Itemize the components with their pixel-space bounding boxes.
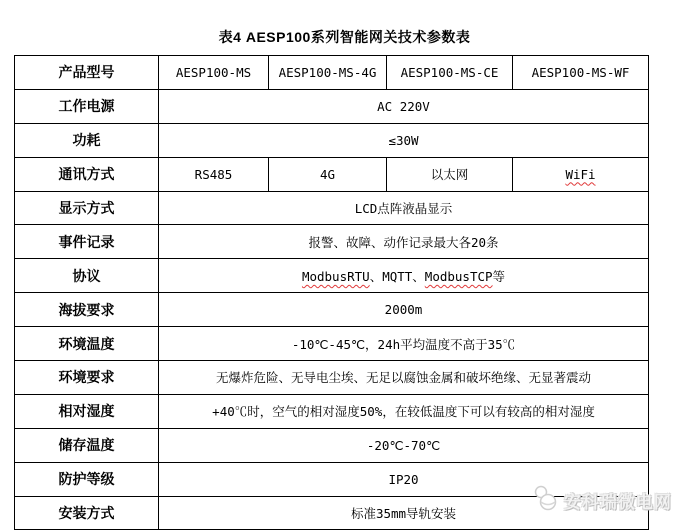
cell-comm-rs485: RS485	[159, 157, 269, 191]
row-label: 事件记录	[15, 225, 159, 259]
page-title: 表4 AESP100系列智能网关技术参数表	[0, 27, 689, 47]
table-row-power-supply: 工作电源 AC 220V	[15, 89, 649, 123]
cell-comm-4g: 4G	[269, 157, 387, 191]
cell-text: 等	[493, 269, 506, 284]
table-row-event-record: 事件记录 报警、故障、动作记录最大各20条	[15, 225, 649, 259]
cell-value: AC 220V	[159, 89, 649, 123]
row-label: 协议	[15, 259, 159, 293]
row-label: 海拔要求	[15, 293, 159, 327]
spec-table: 产品型号 AESP100-MS AESP100-MS-4G AESP100-MS…	[14, 55, 649, 530]
cell-model-4: AESP100-MS-WF	[513, 56, 649, 90]
table-row-relative-humidity: 相对湿度 +40℃时，空气的相对湿度50%，在较低温度下可以有较高的相对湿度	[15, 394, 649, 428]
table-row-ambient-temperature: 环境温度 -10℃-45℃，24h平均温度不高于35℃	[15, 327, 649, 361]
cell-model-1: AESP100-MS	[159, 56, 269, 90]
row-label: 显示方式	[15, 191, 159, 225]
cell-comm-wifi: WiFi	[513, 157, 649, 191]
spellcheck-word: ModbusTCP	[425, 269, 493, 284]
cell-value: 标准35mm导轨安装	[159, 496, 649, 530]
row-label: 储存温度	[15, 428, 159, 462]
table-row-storage-temperature: 储存温度 -20℃-70℃	[15, 428, 649, 462]
cell-comm-ethernet: 以太网	[387, 157, 513, 191]
table-row-display: 显示方式 LCD点阵液晶显示	[15, 191, 649, 225]
table-row-product-model: 产品型号 AESP100-MS AESP100-MS-4G AESP100-MS…	[15, 56, 649, 90]
row-label: 防护等级	[15, 462, 159, 496]
cell-text: 、MQTT、	[370, 269, 425, 284]
cell-value: -20℃-70℃	[159, 428, 649, 462]
cell-value: ModbusRTU、MQTT、ModbusTCP等	[159, 259, 649, 293]
row-label: 工作电源	[15, 89, 159, 123]
spellcheck-word: WiFi	[565, 167, 595, 182]
row-label: 通讯方式	[15, 157, 159, 191]
row-label: 环境温度	[15, 327, 159, 361]
spellcheck-word: ModbusRTU	[302, 269, 370, 284]
row-label: 安装方式	[15, 496, 159, 530]
table-row-power-consumption: 功耗 ≤30W	[15, 123, 649, 157]
table-row-altitude: 海拔要求 2000m	[15, 293, 649, 327]
cell-model-3: AESP100-MS-CE	[387, 56, 513, 90]
row-label: 功耗	[15, 123, 159, 157]
row-label: 相对湿度	[15, 394, 159, 428]
cell-value: LCD点阵液晶显示	[159, 191, 649, 225]
cell-value: -10℃-45℃，24h平均温度不高于35℃	[159, 327, 649, 361]
table-row-communication: 通讯方式 RS485 4G 以太网 WiFi	[15, 157, 649, 191]
table-row-installation: 安装方式 标准35mm导轨安装	[15, 496, 649, 530]
table-row-environment: 环境要求 无爆炸危险、无导电尘埃、无足以腐蚀金属和破坏绝缘、无显著震动	[15, 361, 649, 395]
cell-value: IP20	[159, 462, 649, 496]
cell-value: 无爆炸危险、无导电尘埃、无足以腐蚀金属和破坏绝缘、无显著震动	[159, 361, 649, 395]
cell-value: +40℃时，空气的相对湿度50%，在较低温度下可以有较高的相对湿度	[159, 394, 649, 428]
cell-value: 报警、故障、动作记录最大各20条	[159, 225, 649, 259]
table-row-protection-grade: 防护等级 IP20	[15, 462, 649, 496]
cell-value: 2000m	[159, 293, 649, 327]
table-row-protocol: 协议 ModbusRTU、MQTT、ModbusTCP等	[15, 259, 649, 293]
row-label: 产品型号	[15, 56, 159, 90]
cell-model-2: AESP100-MS-4G	[269, 56, 387, 90]
row-label: 环境要求	[15, 361, 159, 395]
cell-value: ≤30W	[159, 123, 649, 157]
